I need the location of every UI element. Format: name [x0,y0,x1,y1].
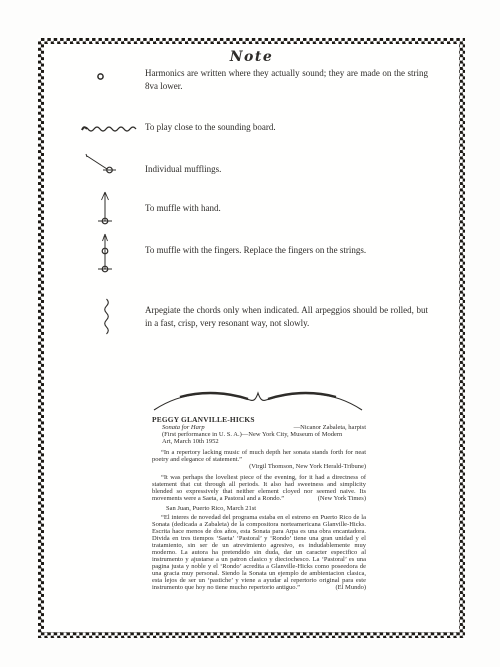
quote-text: “El interes de novedad del programa esta… [152,514,366,591]
flourish-icon [148,386,368,412]
legend-item-text: To muffle with the fingers. Replace the … [145,244,428,257]
composer-name: PEGGY GLANVILLE-HICKS [152,415,366,424]
individual-muffling-icon [84,152,119,178]
quote-text: “In a repertory lacking music of much de… [152,449,366,463]
legend-item-text: Individual mufflings. [145,163,428,176]
legend-item-text: To muffle with hand. [145,202,428,215]
program-notes: PEGGY GLANVILLE-HICKS Sonata for Harp —N… [152,415,366,591]
dateline: San Juan, Puerto Rico, March 21st [152,505,366,512]
checkerboard-border: Note Harmonics are written where they ac… [38,38,465,638]
premiere-info: (First performance in U. S. A.)—New York… [152,431,352,445]
press-quote: “In a repertory lacking music of much de… [152,449,366,470]
wavy-line-icon [80,123,138,134]
press-quote: “El interes de novedad del programa esta… [152,514,366,591]
press-quote: “It was perhaps the loveliest piece of t… [152,474,366,502]
work-line: Sonata for Harp —Nicanor Zabaleta, harpi… [152,424,366,431]
muffle-hand-icon [96,190,114,228]
muffle-fingers-icon [96,233,114,275]
quote-attribution: (Virgil Thomson, New York Herald-Tribune… [152,463,366,470]
legend-item-text: Harmonics are written where they actuall… [145,67,428,93]
performer: —Nicanor Zabaleta, harpist [294,424,366,431]
quote-attribution: (El Mundo) [326,584,366,591]
arpeggio-wavy-line-icon [102,297,112,337]
quote-attribution: (New York Times) [309,495,366,502]
scanned-page: Note Harmonics are written where they ac… [0,0,500,667]
work-title: Sonata for Harp [162,424,205,431]
legend-item-text: To play close to the sounding board. [145,121,428,134]
page-title: Note [44,49,459,65]
legend-item-text: Arpegiate the chords only when indicated… [145,304,428,330]
page-sheet: Note Harmonics are written where they ac… [44,44,459,632]
harmonic-circle-icon [96,72,105,81]
